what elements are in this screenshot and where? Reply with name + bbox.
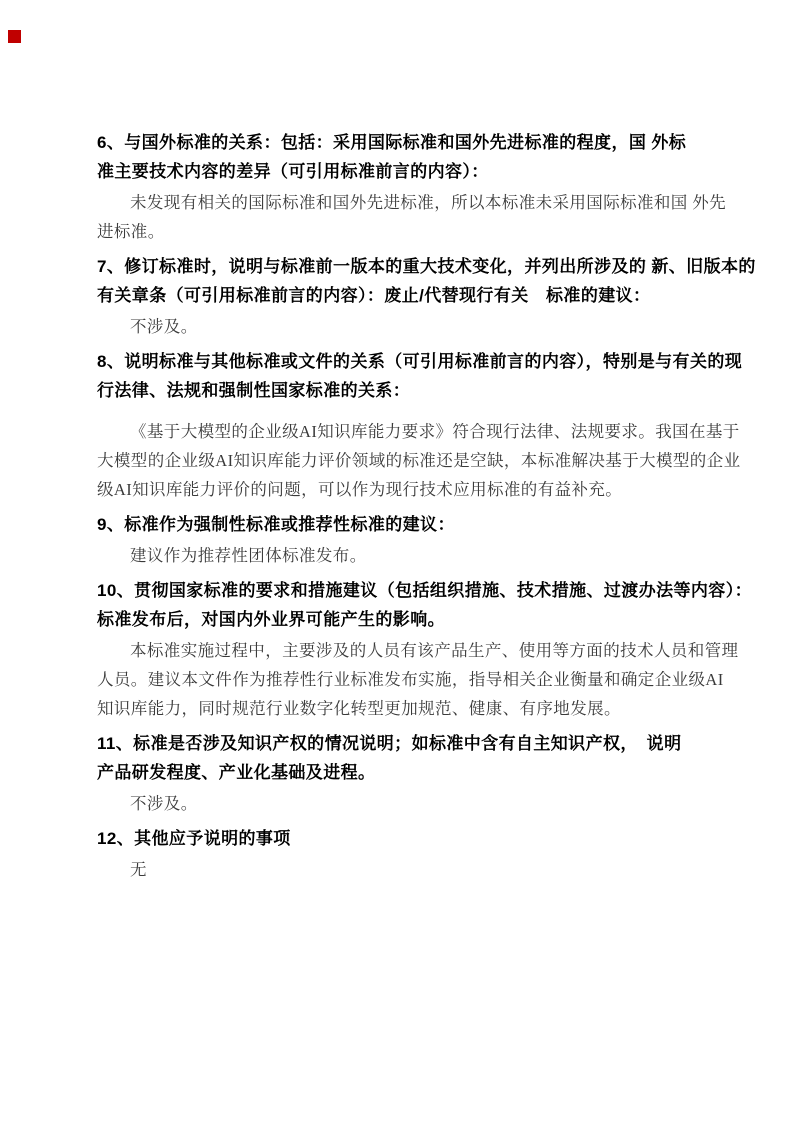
body-line: 本标准实施过程中，主要涉及的人员有该产品生产、使用等方面的技术人员和管理 <box>97 636 703 665</box>
section-12-heading: 12、其他应予说明的事项 <box>97 824 703 853</box>
heading-line: 11、标准是否涉及知识产权的情况说明；如标准中含有自主知识产权， 说明 <box>97 729 703 758</box>
section-7-body: 不涉及。 <box>97 312 703 341</box>
section-10-heading: 10、贯彻国家标准的要求和措施建议（包括组织措施、技术措施、过渡办法等内容）： … <box>97 576 703 634</box>
section-6: 6、与国外标准的关系：包括：采用国际标准和国外先进标准的程度，国 外标 准主要技… <box>97 128 703 246</box>
heading-line: 准主要技术内容的差异（可引用标准前言的内容）： <box>97 157 703 186</box>
section-6-body: 未发现有相关的国际标准和国外先进标准，所以本标准未采用国际标准和国 外先 进标准… <box>97 188 703 246</box>
body-line: 建议作为推荐性团体标准发布。 <box>97 541 703 570</box>
heading-line: 7、修订标准时，说明与标准前一版本的重大技术变化，并列出所涉及的 新、旧版本的 <box>97 252 703 281</box>
body-line: 无 <box>97 855 703 884</box>
section-7: 7、修订标准时，说明与标准前一版本的重大技术变化，并列出所涉及的 新、旧版本的 … <box>97 252 703 341</box>
body-line: 知识库能力，同时规范行业数字化转型更加规范、健康、有序地发展。 <box>97 694 703 723</box>
section-11: 11、标准是否涉及知识产权的情况说明；如标准中含有自主知识产权， 说明 产品研发… <box>97 729 703 818</box>
red-square-marker <box>8 30 21 43</box>
section-12: 12、其他应予说明的事项 无 <box>97 824 703 884</box>
section-7-heading: 7、修订标准时，说明与标准前一版本的重大技术变化，并列出所涉及的 新、旧版本的 … <box>97 252 703 310</box>
heading-line: 行法律、法规和强制性国家标准的关系： <box>97 376 703 405</box>
heading-line: 6、与国外标准的关系：包括：采用国际标准和国外先进标准的程度，国 外标 <box>97 128 703 157</box>
body-line: 《基于大模型的企业级AI知识库能力要求》符合现行法律、法规要求。我国在基于 <box>97 417 703 446</box>
body-line: 不涉及。 <box>97 312 703 341</box>
section-12-body: 无 <box>97 855 703 884</box>
body-line: 不涉及。 <box>97 789 703 818</box>
heading-line: 12、其他应予说明的事项 <box>97 824 703 853</box>
heading-line: 有关章条（可引用标准前言的内容）：废止/代替现行有关 标准的建议： <box>97 281 703 310</box>
body-line: 大模型的企业级AI知识库能力评价领域的标准还是空缺，本标准解决基于大模型的企业 <box>97 446 703 475</box>
heading-line: 产品研发程度、产业化基础及进程。 <box>97 758 703 787</box>
section-8: 8、说明标准与其他标准或文件的关系（可引用标准前言的内容），特别是与有关的现 行… <box>97 347 703 504</box>
section-9-body: 建议作为推荐性团体标准发布。 <box>97 541 703 570</box>
section-11-body: 不涉及。 <box>97 789 703 818</box>
body-line: 未发现有相关的国际标准和国外先进标准，所以本标准未采用国际标准和国 外先 <box>97 188 703 217</box>
body-line: 进标准。 <box>97 217 703 246</box>
section-10-body: 本标准实施过程中，主要涉及的人员有该产品生产、使用等方面的技术人员和管理 人员。… <box>97 636 703 723</box>
section-10: 10、贯彻国家标准的要求和措施建议（包括组织措施、技术措施、过渡办法等内容）： … <box>97 576 703 723</box>
section-9-heading: 9、标准作为强制性标准或推荐性标准的建议： <box>97 510 703 539</box>
section-8-heading: 8、说明标准与其他标准或文件的关系（可引用标准前言的内容），特别是与有关的现 行… <box>97 347 703 405</box>
section-6-heading: 6、与国外标准的关系：包括：采用国际标准和国外先进标准的程度，国 外标 准主要技… <box>97 128 703 186</box>
body-line: 级AI知识库能力评价的问题，可以作为现行技术应用标准的有益补充。 <box>97 475 703 504</box>
section-9: 9、标准作为强制性标准或推荐性标准的建议： 建议作为推荐性团体标准发布。 <box>97 510 703 570</box>
heading-line: 10、贯彻国家标准的要求和措施建议（包括组织措施、技术措施、过渡办法等内容）： <box>97 576 703 605</box>
document-page: 6、与国外标准的关系：包括：采用国际标准和国外先进标准的程度，国 外标 准主要技… <box>0 0 793 1122</box>
section-11-heading: 11、标准是否涉及知识产权的情况说明；如标准中含有自主知识产权， 说明 产品研发… <box>97 729 703 787</box>
heading-line: 标准发布后，对国内外业界可能产生的影响。 <box>97 605 703 634</box>
section-8-body: 《基于大模型的企业级AI知识库能力要求》符合现行法律、法规要求。我国在基于 大模… <box>97 417 703 504</box>
body-line: 人员。建议本文件作为推荐性行业标准发布实施，指导相关企业衡量和确定企业级AI <box>97 665 703 694</box>
heading-line: 9、标准作为强制性标准或推荐性标准的建议： <box>97 510 703 539</box>
heading-line: 8、说明标准与其他标准或文件的关系（可引用标准前言的内容），特别是与有关的现 <box>97 347 703 376</box>
